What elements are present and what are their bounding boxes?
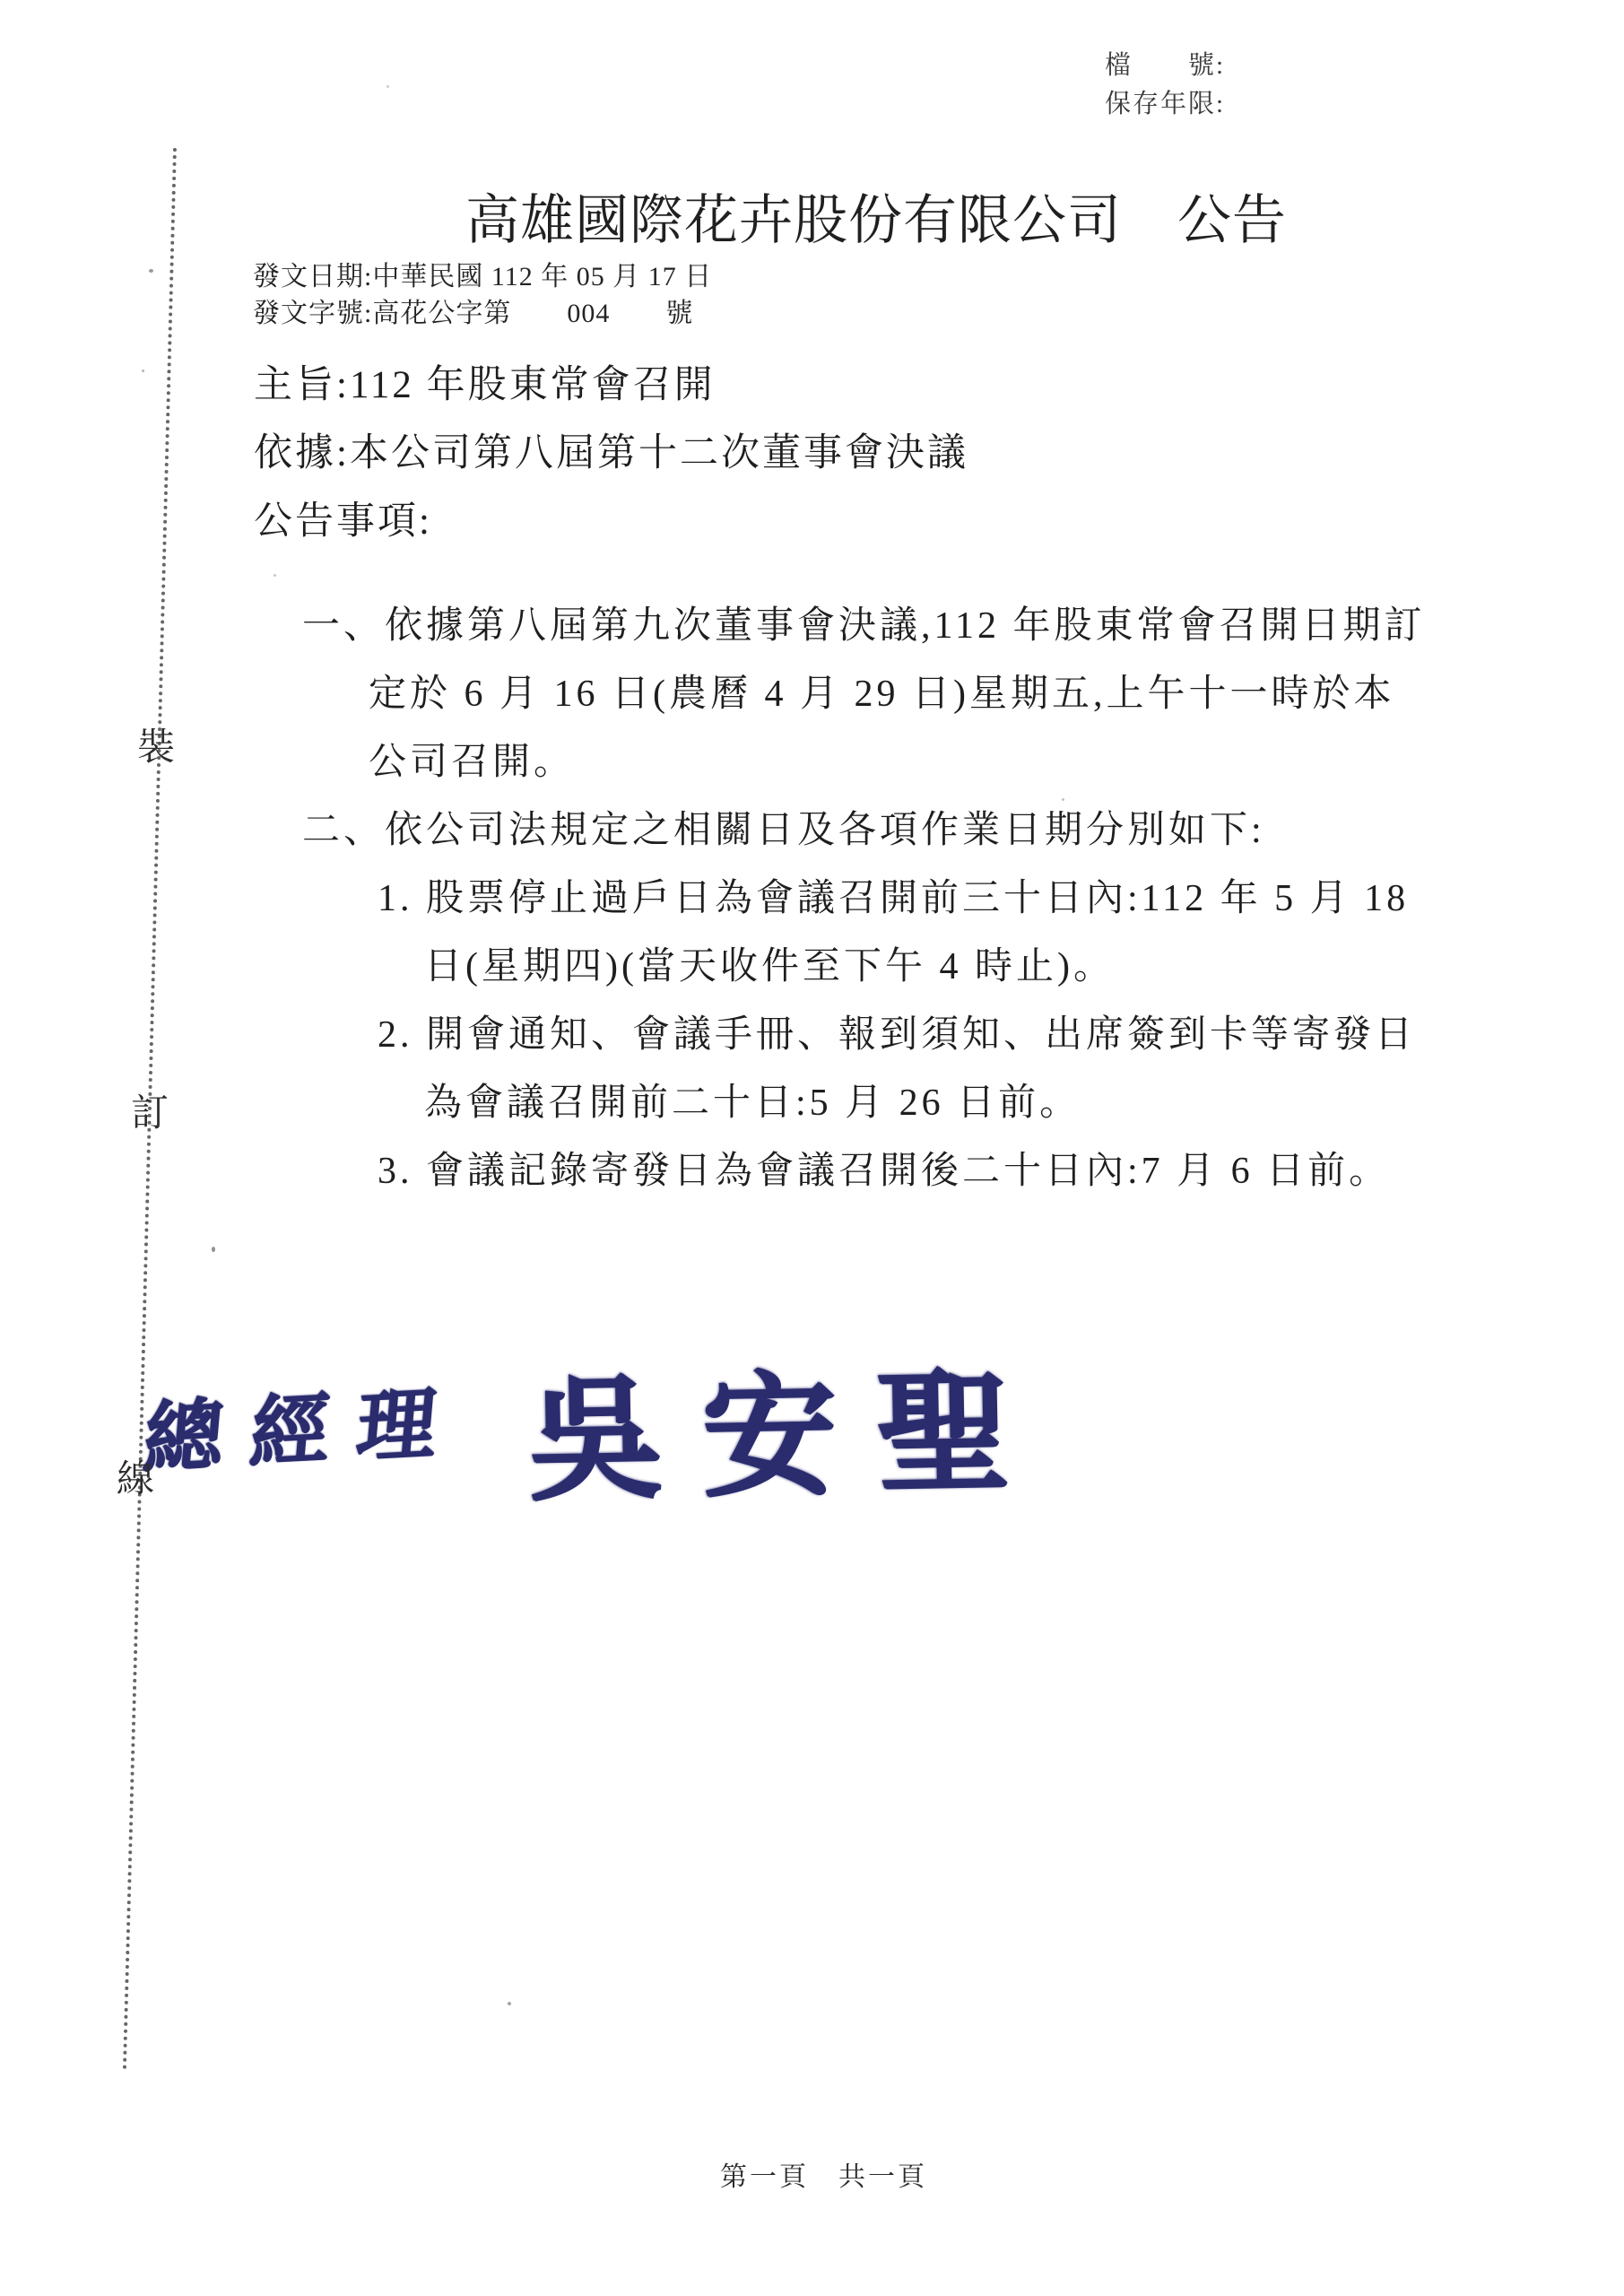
scan-speck xyxy=(386,85,389,88)
announcement-line: 一、依據第八屆第九次董事會決議,112 年股東常會召開日期訂 xyxy=(302,592,1425,660)
company-name: 高雄國際花卉股份有限公司 xyxy=(465,188,1122,253)
announcement-line: 1. 股票停止過戶日為會議召開前三十日內:112 年 5 月 18 xyxy=(302,865,1425,933)
corner-labels: 檔 號: 保存年限: xyxy=(1105,47,1225,124)
scan-speck xyxy=(212,1247,215,1252)
scan-speck xyxy=(1062,798,1064,801)
binding-mark-zhuang: 裝 xyxy=(137,717,175,771)
file-number-label: 檔 號: xyxy=(1105,47,1225,85)
subject-line: 主旨:112 年股東常會召開 xyxy=(254,354,716,409)
doc-number-line: 發文字號:高花公字第 004 號 xyxy=(253,295,712,332)
signature-block: 總經理 吳安聖 xyxy=(145,1326,1049,1523)
scan-speck xyxy=(274,574,276,577)
binding-mark-ding: 訂 xyxy=(131,1083,169,1137)
page-footer: 第一頁 共一頁 xyxy=(720,2154,927,2194)
scan-speck xyxy=(149,269,153,273)
announcement-line: 公司召開。 xyxy=(302,728,1425,796)
announcement-line: 為會議召開前二十日:5 月 26 日前。 xyxy=(302,1069,1425,1137)
document-title: 高雄國際花卉股份有限公司 公告 xyxy=(465,188,1287,253)
signature-title: 總經理 xyxy=(139,1360,468,1489)
binding-mark-xian: 線 xyxy=(117,1449,154,1503)
announcement-line: 3. 會議記錄寄發日為會議召開後二十日內:7 月 6 日前。 xyxy=(302,1137,1425,1205)
issue-date-line: 發文日期:中華民國 112 年 05 月 17 日 xyxy=(253,258,712,295)
announcement-line: 定於 6 月 16 日(農曆 4 月 29 日)星期五,上午十一時於本 xyxy=(302,660,1425,728)
scan-speck xyxy=(508,2002,511,2005)
basis-line: 依據:本公司第八屆第十二次董事會決議 xyxy=(254,422,968,477)
scan-speck xyxy=(142,370,144,372)
section-header: 公告事項: xyxy=(254,491,432,545)
document-page: 檔 號: 保存年限: 高雄國際花卉股份有限公司 公告 發文日期:中華民國 112… xyxy=(0,0,1624,2296)
signature-name: 吳安聖 xyxy=(525,1323,1051,1526)
announcement-line: 二、依公司法規定之相關日及各項作業日期分別如下: xyxy=(302,796,1425,865)
retention-period-label: 保存年限: xyxy=(1105,85,1225,124)
announcement-body: 一、依據第八屆第九次董事會決議,112 年股東常會召開日期訂 定於 6 月 16… xyxy=(302,592,1425,1205)
document-meta: 發文日期:中華民國 112 年 05 月 17 日 發文字號:高花公字第 004… xyxy=(253,258,712,332)
announcement-line: 2. 開會通知、會議手冊、報到須知、出席簽到卡等寄發日 xyxy=(302,1001,1425,1069)
doc-type-label: 公告 xyxy=(1177,188,1287,253)
announcement-line: 日(星期四)(當天收件至下午 4 時止)。 xyxy=(302,933,1425,1001)
